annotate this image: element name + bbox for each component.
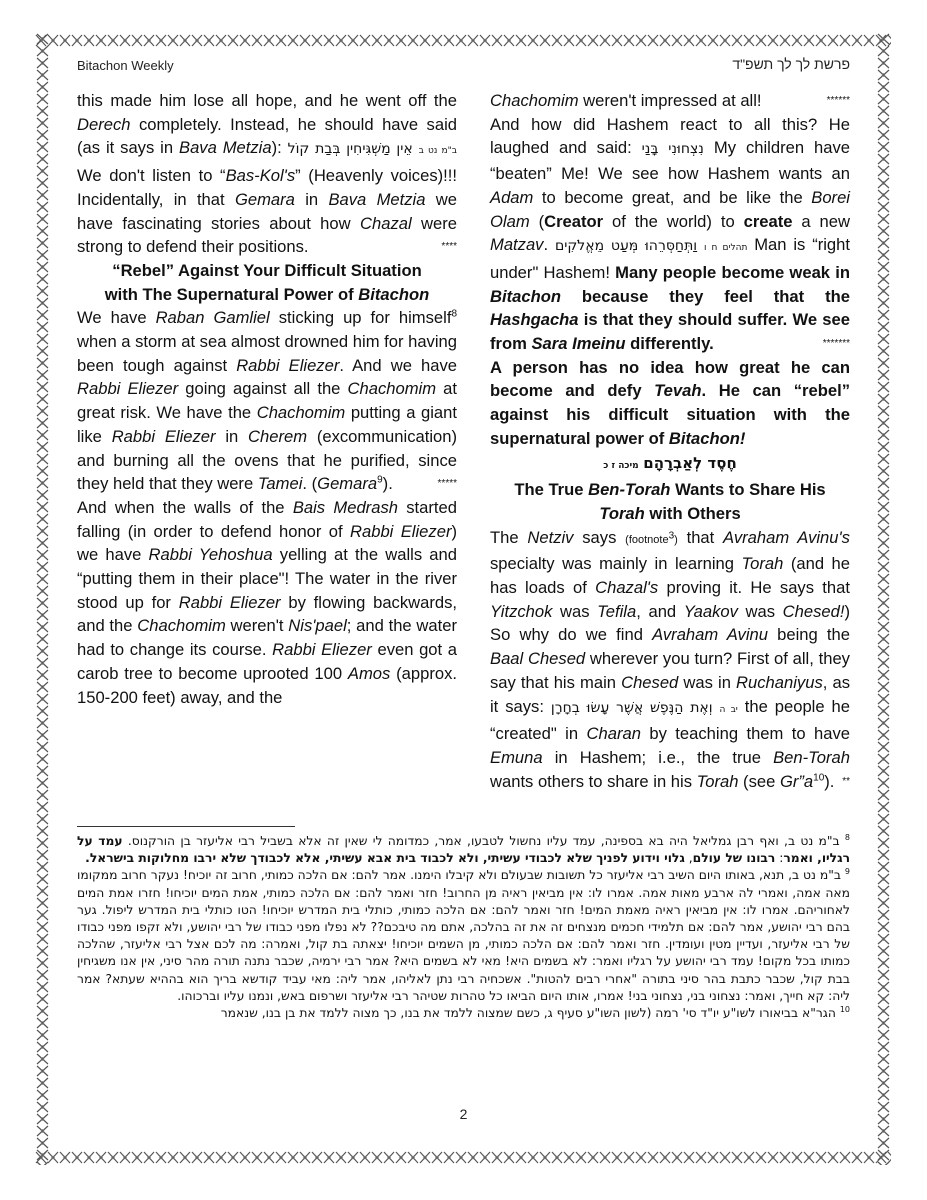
- hebrew-source: ב"מ נט ב: [419, 146, 457, 156]
- paragraph: A person has no idea how great he can be…: [490, 356, 850, 451]
- footnote-8: 8 ב"מ נט ב, ואף רבן גמליאל היה בא בספינה…: [77, 833, 850, 867]
- footnotes: 8 ב"מ נט ב, ואף רבן גמליאל היה בא בספינה…: [77, 833, 850, 1022]
- footnote-ref[interactable]: 8: [451, 309, 457, 320]
- section-stars: ******: [827, 89, 850, 113]
- paragraph: this made him lose all hope, and he went…: [77, 89, 457, 259]
- section-stars: *******: [823, 332, 850, 356]
- section-stars: ****: [441, 235, 457, 259]
- hebrew-quote: אֵין מַשְׁגִּיחִין בְּבַת קוֹל: [288, 141, 413, 157]
- section-heading: “Rebel” Against Your Difficult Situation…: [77, 259, 457, 306]
- footnote-9: 9 ב"מ נט ב, תנא, באותו היום השיב רבי אלי…: [77, 867, 850, 1005]
- hebrew-source: תהלים ח ו: [704, 243, 747, 253]
- decorative-border-right: [876, 33, 891, 1165]
- footnote-note: (footnote3): [625, 534, 678, 546]
- right-column: Chachomim weren't impressed at all!*****…: [490, 89, 850, 793]
- paragraph: And when the walls of the Bais Medrash s…: [77, 496, 457, 709]
- hebrew-quote: נִצְחוּנִי בָּנַי: [642, 141, 704, 157]
- left-column: this made him lose all hope, and he went…: [77, 89, 457, 709]
- decorative-border-left: [35, 33, 50, 1165]
- hebrew-heading: חֶסֶד לְאַבְרָהָם מיכה ז כ: [490, 451, 850, 479]
- paragraph: And how did Hashem react to all this? He…: [490, 113, 850, 356]
- footnote-separator: [77, 826, 295, 827]
- parsha-title: פרשת לך לך תשפ"ד: [732, 56, 850, 72]
- hebrew-quote: וַתְּחַסְּרֵהוּ מְּעַט מֵאֱלֹקִים: [555, 238, 697, 254]
- page-number: 2: [0, 1106, 927, 1122]
- hebrew-source: יב ה: [720, 705, 738, 715]
- paragraph: Chachomim weren't impressed at all!*****…: [490, 89, 850, 113]
- newsletter-title: Bitachon Weekly: [77, 58, 174, 73]
- decorative-border-top: [35, 33, 891, 48]
- section-stars: *****: [438, 472, 457, 496]
- section-heading: The True Ben-Torah Wants to Share His To…: [490, 478, 850, 525]
- decorative-border-bottom: [35, 1150, 891, 1165]
- paragraph: We have Raban Gamliel sticking up for hi…: [77, 306, 457, 496]
- section-stars: **: [842, 770, 850, 794]
- paragraph: The Netziv says (footnote3) that Avraham…: [490, 526, 850, 794]
- hebrew-quote: וְאֶת הַנֶּפֶשׁ אֲשֶׁר עָשׂוּ בְחָרָן: [551, 700, 713, 716]
- footnote-ref[interactable]: 10: [813, 772, 824, 783]
- footnote-10: 10 הגר"א בביאורו לשו"ע יו"ד סי' רמה (לשו…: [77, 1005, 850, 1022]
